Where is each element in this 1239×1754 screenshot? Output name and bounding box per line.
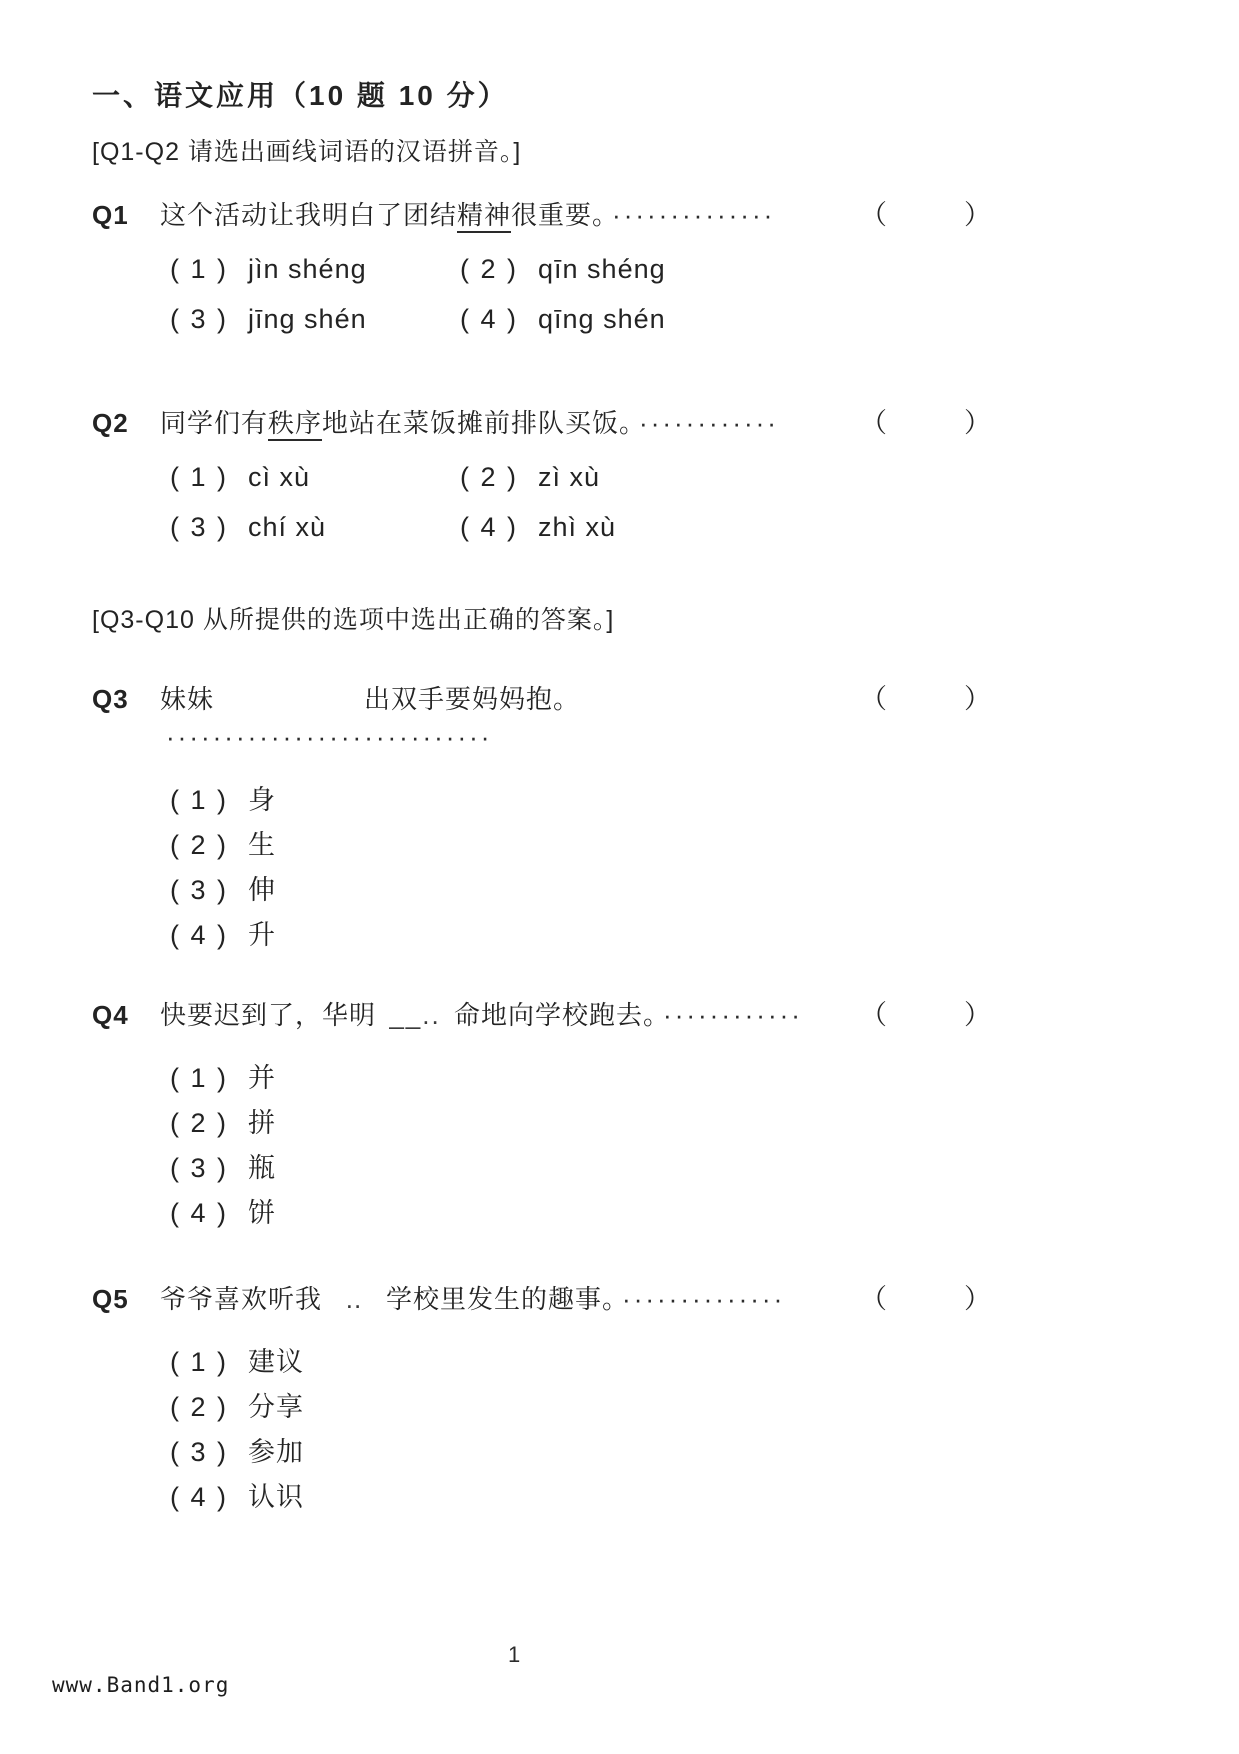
- options-grid: ( 1 )jìn shéng ( 2 )qīn shéng ( 3 )jīng …: [170, 250, 992, 338]
- option-label: ( 2 ): [460, 458, 518, 496]
- option-4: ( 4 )zhì xù: [460, 508, 992, 546]
- option-text: qīn shéng: [538, 250, 666, 288]
- sentence-post: 出双手要妈妈抱。: [364, 684, 567, 714]
- question-row: Q3 妹妹出双手要妈妈抱。···························…: [92, 680, 992, 756]
- option-label: ( 2 ): [170, 827, 228, 863]
- option-3: ( 3 )瓶: [170, 1150, 992, 1186]
- answer-brackets: （）: [860, 996, 992, 1034]
- option-text: jìn shéng: [248, 250, 367, 288]
- bracket-close: ）: [964, 996, 992, 1034]
- answer-brackets: （）: [860, 404, 992, 442]
- option-3: ( 3 )参加: [170, 1434, 992, 1470]
- options-grid: ( 1 )cì xù ( 2 )zì xù ( 3 )chí xù ( 4 )z…: [170, 458, 992, 546]
- sentence-pre: 爷爷喜欢听我: [160, 1284, 322, 1314]
- option-3: ( 3 )伸: [170, 872, 992, 908]
- option-label: ( 1 ): [170, 458, 228, 496]
- page-number: 1: [508, 1642, 520, 1668]
- bracket-open: （: [860, 404, 888, 442]
- option-text: 建议: [248, 1344, 304, 1380]
- option-text: jīng shén: [248, 300, 367, 338]
- underlined-word: 精神: [457, 200, 511, 233]
- option-2: ( 2 )zì xù: [460, 458, 992, 496]
- option-label: ( 3 ): [170, 1434, 228, 1470]
- option-1: ( 1 )cì xù: [170, 458, 460, 496]
- option-text: 认识: [248, 1479, 304, 1515]
- option-2: ( 2 )分享: [170, 1389, 992, 1425]
- question-sentence: 爷爷喜欢听我..学校里发生的趣事。··············: [160, 1280, 852, 1318]
- dot-leader: ··············: [612, 200, 775, 230]
- option-text: chí xù: [248, 508, 326, 546]
- option-1: ( 1 )身: [170, 782, 992, 818]
- option-4: ( 4 )饼: [170, 1195, 992, 1231]
- instruction-q1-q2: [Q1-Q2 请选出画线词语的汉语拼音。]: [92, 136, 992, 168]
- option-label: ( 4 ): [170, 1479, 228, 1515]
- option-label: ( 3 ): [170, 508, 228, 546]
- dot-leader: ············: [639, 408, 779, 438]
- option-4: ( 4 )qīng shén: [460, 300, 992, 338]
- answer-blank: ..: [322, 1280, 386, 1318]
- option-label: ( 1 ): [170, 1060, 228, 1096]
- bracket-open: （: [860, 196, 888, 234]
- question-block-q2: Q2 同学们有秩序地站在菜饭摊前排队买饭。············ （） ( 1…: [92, 404, 992, 546]
- option-2: ( 2 )qīn shéng: [460, 250, 992, 288]
- option-text: zhì xù: [538, 508, 616, 546]
- options-list: ( 1 )并 ( 2 )拼 ( 3 )瓶 ( 4 )饼: [170, 1060, 992, 1231]
- option-1: ( 1 )建议: [170, 1344, 992, 1380]
- bracket-open: （: [860, 680, 888, 718]
- option-text: 并: [248, 1060, 276, 1096]
- option-text: 参加: [248, 1434, 304, 1470]
- bracket-close: ）: [964, 196, 992, 234]
- option-text: zì xù: [538, 458, 600, 496]
- question-sentence: 快要迟到了，华明__..命地向学校跑去。············: [160, 996, 852, 1034]
- option-label: ( 2 ): [170, 1105, 228, 1141]
- question-number: Q3: [92, 680, 160, 718]
- option-text: 升: [248, 917, 276, 953]
- underlined-word: 秩序: [268, 408, 322, 441]
- question-block-q5: Q5 爷爷喜欢听我..学校里发生的趣事。·············· （） ( …: [92, 1280, 992, 1515]
- question-number: Q4: [92, 996, 160, 1034]
- bracket-close: ）: [964, 1280, 992, 1318]
- sentence-post: 命地向学校跑去。: [454, 1000, 657, 1030]
- sentence-pre: 同学们有: [160, 408, 268, 438]
- question-sentence: 妹妹出双手要妈妈抱。····························: [160, 680, 852, 756]
- site-watermark: www.Band1.org: [52, 1673, 229, 1697]
- option-label: ( 1 ): [170, 1344, 228, 1380]
- instruction-q3-q10: [Q3-Q10 从所提供的选项中选出正确的答案。]: [92, 604, 992, 636]
- option-4: ( 4 )认识: [170, 1479, 992, 1515]
- sentence-post: 地站在菜饭摊前排队买饭。: [322, 408, 633, 438]
- question-sentence: 这个活动让我明白了团结精神很重要。··············: [160, 196, 852, 234]
- question-sentence: 同学们有秩序地站在菜饭摊前排队买饭。············: [160, 404, 852, 442]
- option-label: ( 1 ): [170, 250, 228, 288]
- question-number: Q5: [92, 1280, 160, 1318]
- option-text: 拼: [248, 1105, 276, 1141]
- option-text: cì xù: [248, 458, 310, 496]
- option-text: 饼: [248, 1195, 276, 1231]
- question-number: Q1: [92, 196, 160, 234]
- option-3: ( 3 )jīng shén: [170, 300, 460, 338]
- answer-brackets: （）: [860, 680, 992, 718]
- question-row: Q2 同学们有秩序地站在菜饭摊前排队买饭。············ （）: [92, 404, 992, 442]
- question-block-q3: Q3 妹妹出双手要妈妈抱。···························…: [92, 680, 992, 953]
- option-label: ( 4 ): [460, 508, 518, 546]
- option-label: ( 2 ): [460, 250, 518, 288]
- question-row: Q4 快要迟到了，华明__..命地向学校跑去。············ （）: [92, 996, 992, 1034]
- option-label: ( 3 ): [170, 1150, 228, 1186]
- option-1: ( 1 )jìn shéng: [170, 250, 460, 288]
- option-label: ( 3 ): [170, 300, 228, 338]
- question-row: Q5 爷爷喜欢听我..学校里发生的趣事。·············· （）: [92, 1280, 992, 1318]
- dot-leader: ····························: [166, 722, 492, 752]
- option-2: ( 2 )拼: [170, 1105, 992, 1141]
- option-label: ( 1 ): [170, 782, 228, 818]
- answer-blank: __..: [376, 996, 454, 1034]
- question-number: Q2: [92, 404, 160, 442]
- option-1: ( 1 )并: [170, 1060, 992, 1096]
- bracket-open: （: [860, 1280, 888, 1318]
- option-label: ( 4 ): [170, 917, 228, 953]
- options-list: ( 1 )建议 ( 2 )分享 ( 3 )参加 ( 4 )认识: [170, 1344, 992, 1515]
- option-label: ( 4 ): [170, 1195, 228, 1231]
- bracket-close: ）: [964, 680, 992, 718]
- option-4: ( 4 )升: [170, 917, 992, 953]
- dot-leader: ··············: [622, 1284, 785, 1314]
- exam-page: 一、语文应用（10 题 10 分） [Q1-Q2 请选出画线词语的汉语拼音。] …: [0, 0, 1239, 1515]
- option-text: 伸: [248, 872, 276, 908]
- question-row: Q1 这个活动让我明白了团结精神很重要。·············· （）: [92, 196, 992, 234]
- option-label: ( 4 ): [460, 300, 518, 338]
- bracket-open: （: [860, 996, 888, 1034]
- section-heading: 一、语文应用（10 题 10 分）: [92, 78, 992, 114]
- option-text: qīng shén: [538, 300, 666, 338]
- option-3: ( 3 )chí xù: [170, 508, 460, 546]
- question-block-q4: Q4 快要迟到了，华明__..命地向学校跑去。············ （） (…: [92, 996, 992, 1231]
- option-text: 生: [248, 827, 276, 863]
- option-label: ( 2 ): [170, 1389, 228, 1425]
- sentence-post: 学校里发生的趣事。: [386, 1284, 616, 1314]
- option-text: 瓶: [248, 1150, 276, 1186]
- options-list: ( 1 )身 ( 2 )生 ( 3 )伸 ( 4 )升: [170, 782, 992, 953]
- question-block-q1: Q1 这个活动让我明白了团结精神很重要。·············· （） ( …: [92, 196, 992, 338]
- option-text: 身: [248, 782, 276, 818]
- option-2: ( 2 )生: [170, 827, 992, 863]
- sentence-pre: 这个活动让我明白了团结: [160, 200, 457, 230]
- option-text: 分享: [248, 1389, 304, 1425]
- answer-brackets: （）: [860, 1280, 992, 1318]
- bracket-close: ）: [964, 404, 992, 442]
- dot-leader: ············: [663, 1000, 803, 1030]
- sentence-pre: 快要迟到了，华明: [160, 1000, 376, 1030]
- sentence-pre: 妹妹: [160, 684, 214, 714]
- answer-brackets: （）: [860, 196, 992, 234]
- sentence-post: 很重要。: [511, 200, 606, 230]
- option-label: ( 3 ): [170, 872, 228, 908]
